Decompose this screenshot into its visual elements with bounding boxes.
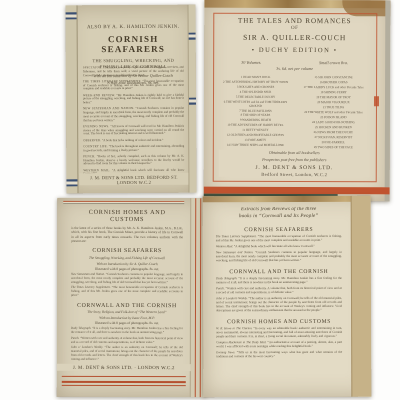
review-text: “Written with care and authority. A volu… bbox=[216, 286, 342, 294]
edition-name: • DUCHY EDITION • bbox=[219, 47, 370, 55]
section-title-homes: CORNISH HOMES AND CUSTOMS bbox=[216, 319, 342, 325]
introduction-credit: With an Introduction by Sir A. Quiller-C… bbox=[71, 261, 183, 265]
companion-title-cornwall: CORNWALL AND THE CORNISH bbox=[71, 302, 183, 308]
cornwall-review-list: Daily Telegraph. “It is a deeply fascina… bbox=[71, 327, 183, 361]
cornwall-review-list: Daily Telegraph. “It is a deeply fascina… bbox=[216, 277, 342, 313]
review: OBSERVER. “A book that lacks nothing of … bbox=[83, 138, 184, 142]
fore-edge-stripe-band-upper bbox=[189, 33, 196, 40]
review: W. R. Howe in The Clarion. “In every way… bbox=[216, 327, 342, 339]
review: The Times Literary Supplement. “The most… bbox=[71, 286, 183, 298]
review: COUNTRY LIFE. “The book is throughout au… bbox=[83, 144, 184, 152]
book-jacket-review-extracts: Extracts from Reviews of the three books… bbox=[203, 196, 372, 398]
publisher-address: Bedford Street, London, W.C.2 bbox=[219, 172, 370, 178]
volume-entry: 14 I SAW THREE SHIPS and MORTALLONE bbox=[219, 144, 292, 148]
volume-list-column-1: 1 DEAD MAN'S ROCK2 THE ASTONISHING HISTO… bbox=[219, 76, 292, 156]
companion-subtitle: The Story, Religion, and Folk-lore of “T… bbox=[71, 310, 183, 315]
seafarers-review-list: New Statesman and Nation. “Cornish Seafa… bbox=[71, 273, 183, 298]
board-edge bbox=[385, 0, 391, 201]
fore-edge-stripe-band-lower bbox=[189, 98, 196, 105]
book-jacket-cornish-seafarers: ALSO BY A. K. HAMILTON JENKIN. CORNISH S… bbox=[66, 5, 197, 194]
price-line: 3s. 6d. net per volume bbox=[219, 66, 370, 72]
volume-list-column-2: 15 SIR JOHN CONSTANTINE16 BROTHER COPAS1… bbox=[297, 76, 370, 156]
bottom-red-rule-3 bbox=[62, 385, 186, 386]
volume-entry: 6 THE WESTCOTES and IA and TOM TIDDLER'S… bbox=[219, 101, 292, 108]
spine-stripe-band-bottom bbox=[66, 179, 77, 186]
publisher-name: J. M. DENT & SONS LTD. bbox=[219, 165, 370, 172]
extracts-heading-line2: books in “Cornwall and Its People” bbox=[216, 214, 342, 221]
series-title-line2: OF bbox=[219, 26, 370, 32]
review: New Statesman and Nation. “Cornish Seafa… bbox=[71, 273, 183, 285]
review: Western Mail. “A delightful book which w… bbox=[216, 245, 342, 249]
homes-review-list: W. R. Howe in The Clarion. “In every way… bbox=[216, 327, 342, 359]
series-description: is the latest of a series of three books… bbox=[71, 226, 183, 243]
volume-entry: 25 HOCKEN AND HUNKEN bbox=[297, 126, 370, 130]
series-author: SIR A. QUILLER-COUCH bbox=[219, 33, 370, 43]
spine-stripe-band-top bbox=[66, 12, 77, 19]
review-text: “A delightful book which will fascinate … bbox=[234, 244, 315, 248]
volume-count: 30 Volumes. bbox=[241, 60, 261, 65]
jacket-top-rule bbox=[63, 201, 184, 204]
review-text: “A book that lacks nothing of colour and… bbox=[102, 137, 163, 141]
series-title-line1: THE TALES AND ROMANCES bbox=[219, 17, 370, 26]
volume-entry: 28 FOE-FARRELL bbox=[297, 141, 370, 145]
photo-of-four-dust-jackets: ALSO BY A. K. HAMILTON JENKIN. CORNISH S… bbox=[0, 0, 400, 400]
book-jacket-duchy-edition: THE TALES AND ROMANCES OF SIR A. QUILLER… bbox=[204, 0, 391, 201]
review: Daily Telegraph. “It is a deeply fascina… bbox=[71, 327, 183, 335]
bottom-red-rule-2 bbox=[62, 381, 186, 383]
orange-edge-mark bbox=[374, 96, 379, 106]
book-title: CORNISH HOMES AND CUSTOMS bbox=[71, 209, 183, 223]
section-title-seafarers: CORNISH SEAFARERS bbox=[216, 226, 342, 232]
review: PUNCH. “Books of fact, soberly compiled,… bbox=[83, 154, 184, 166]
illustrated-price-line: Illustrated with 8 pages of photographs.… bbox=[71, 267, 183, 271]
obtainable-line: Obtainable from all booksellers bbox=[219, 150, 370, 156]
review: John o' London's Weekly. “The author is … bbox=[71, 346, 183, 361]
volume-entry: 26 NEWS FROM THE DUCHY bbox=[297, 131, 370, 135]
format-size: Small crown 8vo. bbox=[319, 60, 348, 65]
review-text: “Written with care and authority. A volu… bbox=[71, 336, 183, 344]
review-list: SPECTATOR. “The author has plenty of goo… bbox=[83, 66, 185, 177]
review-text: “Tells us in the most fascinating ways w… bbox=[216, 350, 342, 358]
review: John o' London's Weekly. “The author is … bbox=[216, 297, 342, 313]
volume-entry: 27 NICKY-NAN, RESERVIST bbox=[297, 136, 370, 140]
book-spine-edge bbox=[66, 5, 79, 193]
review: EVENING NEWS. “All lovers of Cornwall wi… bbox=[83, 124, 184, 136]
introduction-credit: With an Introduction by Isaac Foot, M.P. bbox=[71, 316, 183, 320]
review-source: Western Mail. bbox=[216, 244, 233, 248]
book-jacket-cornish-homes-and-customs: CORNISH HOMES AND CUSTOMS is the latest … bbox=[57, 198, 207, 397]
publisher-line: J. M. DENT & SONS LTD. · LONDON W.C.2 bbox=[57, 364, 191, 371]
book-title: CORNISH SEAFARERS bbox=[83, 34, 184, 55]
bottom-red-rule-1 bbox=[62, 376, 186, 377]
review: SPECTATOR. “The author has plenty of goo… bbox=[83, 66, 184, 78]
section-title-cornwall: CORNWALL AND THE CORNISH bbox=[216, 269, 342, 275]
review: Punch. “Written with care and authority.… bbox=[216, 287, 342, 295]
also-by-line: ALSO BY A. K. HAMILTON JENKIN. bbox=[83, 25, 184, 31]
seafarers-review-list: The Times Literary Supplement. “The most… bbox=[216, 234, 342, 263]
review: Daily Telegraph. “It is a deeply fascina… bbox=[216, 277, 342, 285]
companion-title-seafarers: CORNISH SEAFARERS bbox=[71, 248, 183, 254]
torn-jacket-top-edge bbox=[203, 196, 371, 203]
review: Evening News. “Tells us in the most fasc… bbox=[216, 351, 342, 359]
companion-subtitle: The Smuggling, Wrecking, and Fishing Lif… bbox=[71, 255, 183, 260]
review: THE TIMES LITERARY SUPPLEMENT. “The most… bbox=[83, 79, 184, 91]
review: WEEK-END REVIEW. “Mr. Hamilton Jenkin is… bbox=[83, 93, 184, 105]
review: New Statesman and Nation. “Cornish Seafa… bbox=[216, 251, 342, 263]
review-source: OBSERVER. bbox=[83, 138, 101, 142]
publisher-line: J. M. DENT & SONS LTD. BEDFORD ST. LONDO… bbox=[79, 173, 188, 186]
review: The Times Literary Supplement. “The most… bbox=[216, 234, 342, 242]
review: Compton Mackenzie in The Daily Mail. “An… bbox=[216, 341, 342, 349]
volume-entry: 24 LADY GOOD-FOR-NOTHING bbox=[297, 121, 370, 125]
review: NEW STATESMAN AND NATION. “Cornish Seafa… bbox=[83, 107, 184, 123]
review: Punch. “Written with care and authority.… bbox=[71, 337, 183, 345]
exposed-board-edge bbox=[351, 196, 372, 397]
prospectus-line: Prospectus post free from the publishers bbox=[219, 157, 370, 163]
review-text: “Books of fact, soberly compiled, such a… bbox=[83, 153, 184, 165]
